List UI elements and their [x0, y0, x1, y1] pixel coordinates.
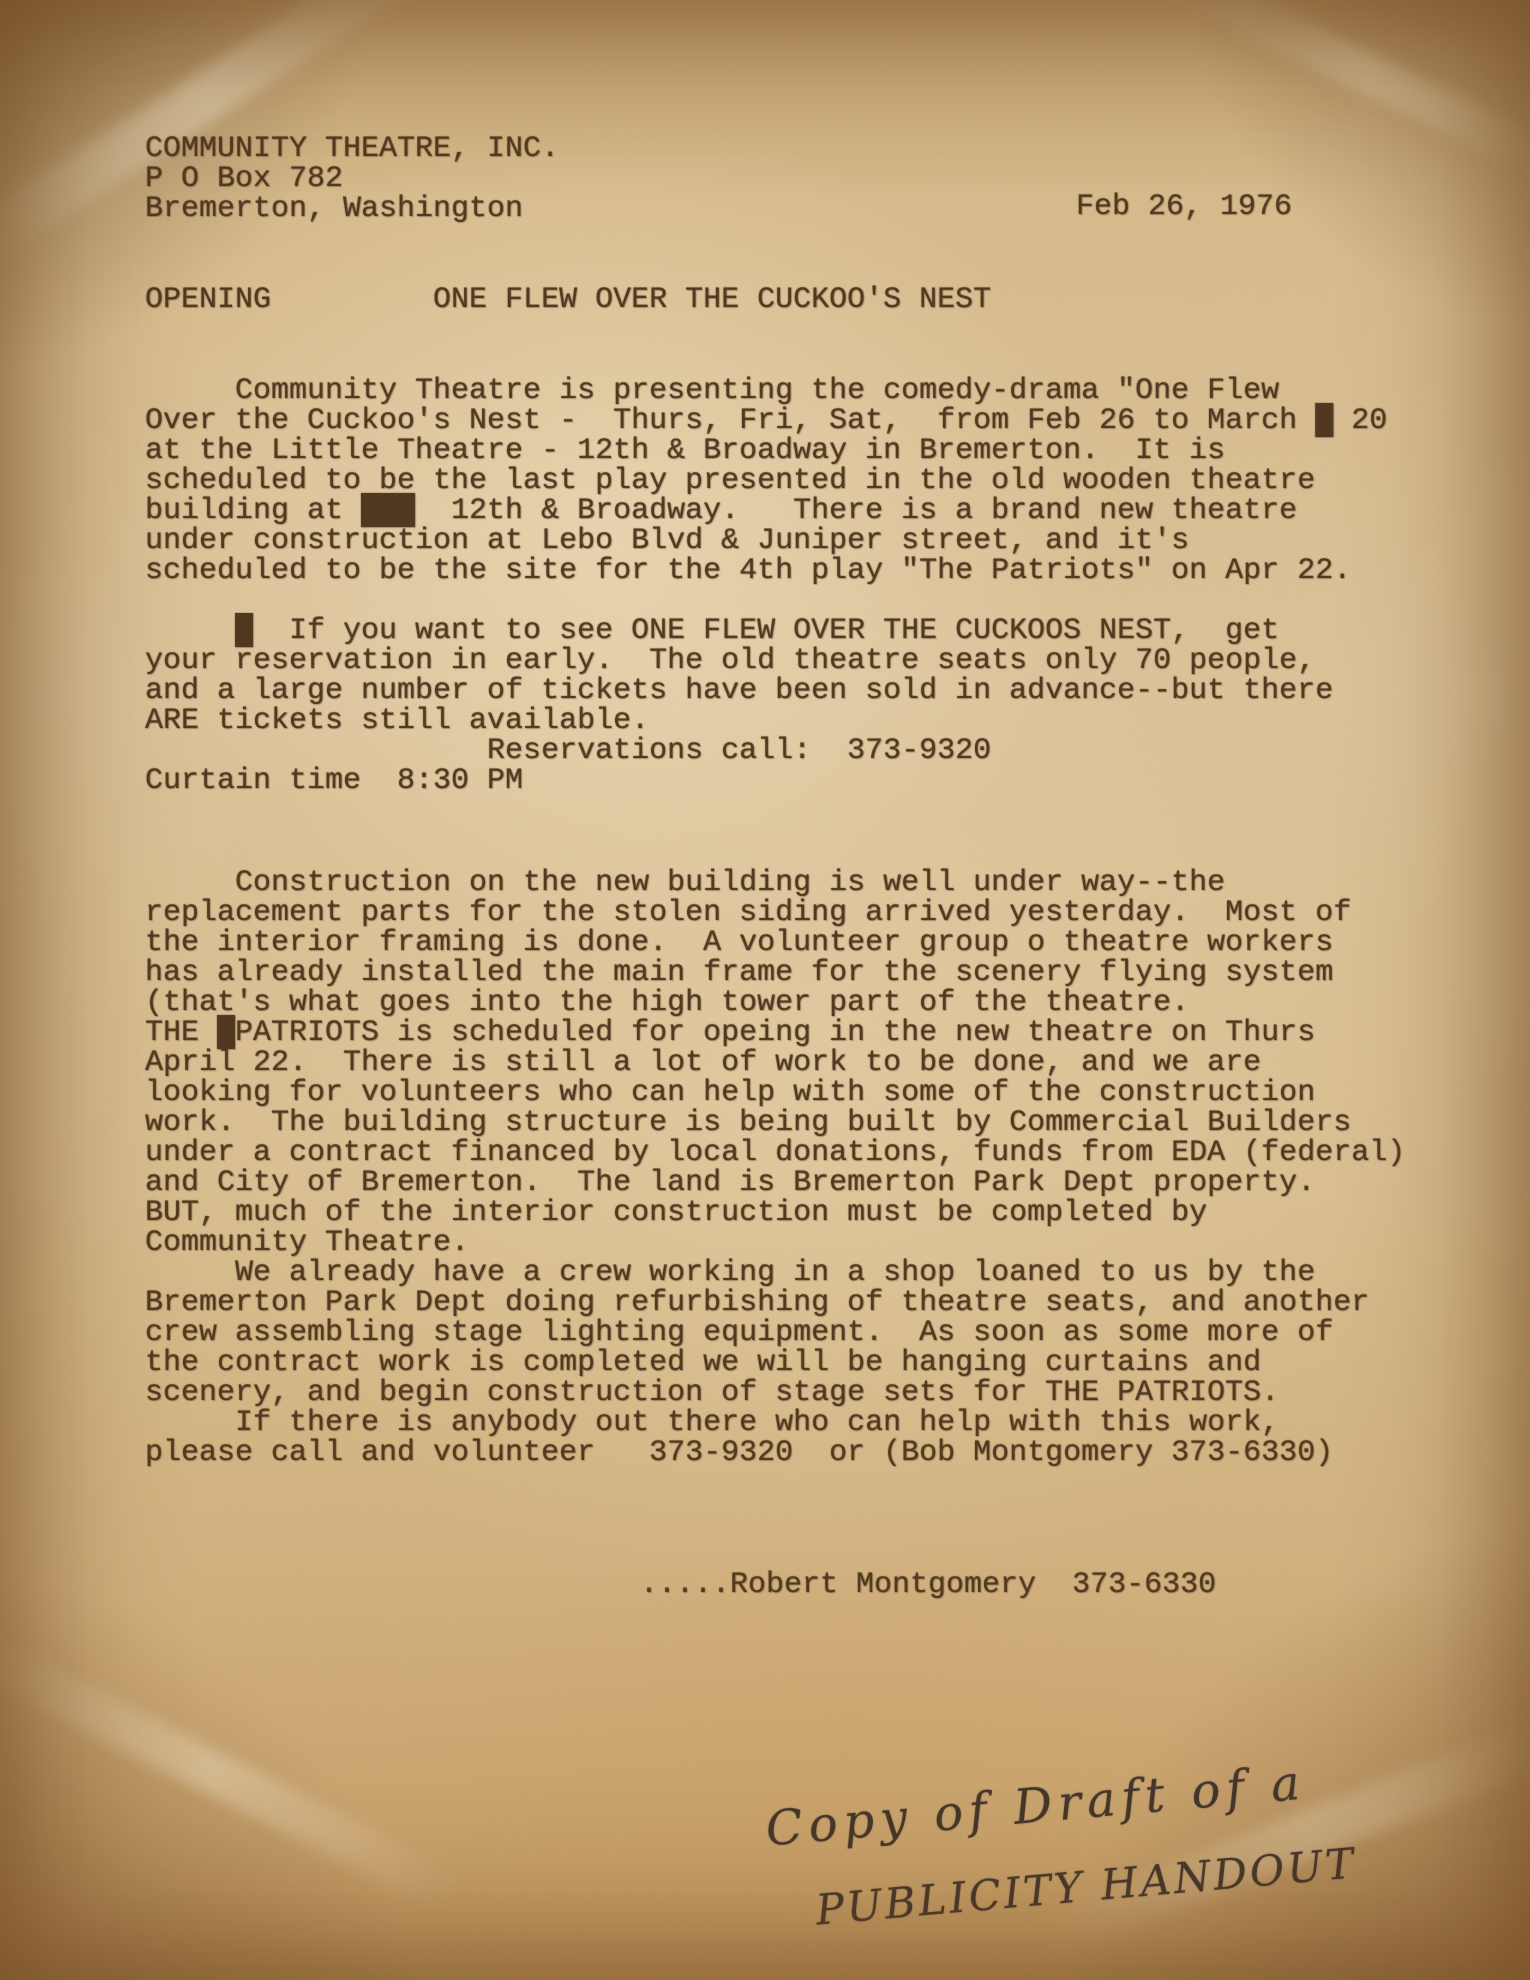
handwritten-note-line1: Copy of Draft of a [764, 1755, 1308, 1858]
signature-line: .....Robert Montgomery 373-6330 [640, 1570, 1216, 1600]
paragraph-construction: Construction on the new building is well… [145, 868, 1405, 1468]
paper-crease-highlight [1136, 0, 1530, 193]
letterhead: COMMUNITY THEATRE, INC.P O Box 782Bremer… [145, 134, 559, 224]
paper-crease-highlight [1031, 1708, 1530, 1959]
aged-paper-photo: COMMUNITY THEATRE, INC.P O Box 782Bremer… [0, 0, 1530, 1980]
date-line: Feb 26, 1976 [1076, 192, 1292, 222]
paragraph-reservations: █ If you want to see ONE FLEW OVER THE C… [145, 616, 1333, 796]
handwritten-note-line2: PUBLICITY HANDOUT [814, 1838, 1359, 1934]
city-line: Bremerton, Washington [145, 192, 523, 226]
org-name: COMMUNITY THEATRE, INC. [145, 132, 559, 166]
paper-crease-highlight [0, 1625, 469, 1917]
paragraph-presenting: Community Theatre is presenting the come… [145, 376, 1387, 586]
subject-line: OPENING ONE FLEW OVER THE CUCKOO'S NEST [145, 285, 991, 315]
po-box-line: P O Box 782 [145, 162, 343, 196]
